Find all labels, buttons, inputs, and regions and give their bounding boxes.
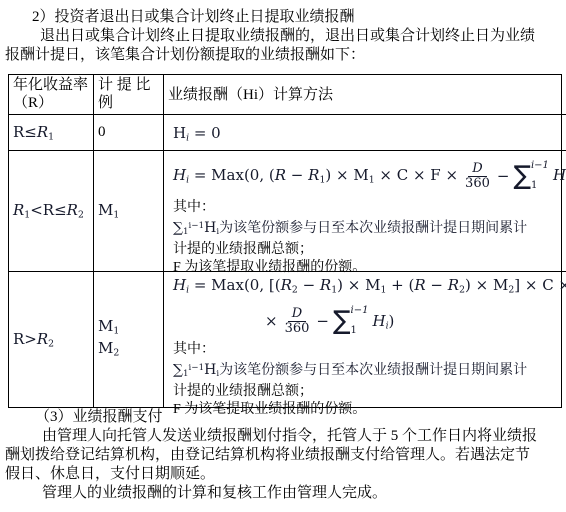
note-label: 其中： — [173, 341, 566, 359]
row1-condition-cell: R≤R1 — [9, 115, 94, 151]
formula-tail: Hi) — [553, 166, 566, 185]
formula-lhs: Hi = Max(0, (R − R1) × M1 × C × F × — [173, 166, 458, 185]
sigma-glyph: ∑ — [513, 163, 531, 189]
row3-condition-cell: R>R2 — [9, 272, 94, 407]
row2-condition-cell: R1<R≤R2 — [9, 151, 94, 272]
formula-line1: Hi = Max(0, [(R2 − R1) × M1 + (R − R2) ×… — [173, 274, 566, 301]
ratio-text: M1 — [98, 201, 159, 220]
performance-fee-table: 年化收益率 （R） 计 提 比 例 业绩报酬（Hi）计算方法 R≤R1 0 Hi… — [8, 74, 562, 408]
fraction-denominator: 360 — [284, 322, 311, 336]
document-page: 2）投资者退出日或集合计划终止日提取业绩报酬 退出日或集合计划终止日提取业绩报酬… — [0, 0, 566, 503]
note-line: 计提的业绩报酬总额； — [173, 241, 566, 259]
fraction-numerator: D — [468, 162, 486, 177]
row1-formula-cell: Hi = 0 — [164, 115, 566, 151]
formula-tail: Hi) — [372, 312, 394, 331]
summation-lower-limit: 1 — [351, 326, 369, 336]
paragraph-line: 酬划拨给登记结算机构，由登记结算机构将业绩报酬支付给管理人。若遇法定节 — [0, 446, 566, 465]
condition-text: R1<R≤R2 — [13, 201, 89, 220]
header-cell-accrual-ratio: 计 提 比 例 — [94, 75, 164, 115]
summation-limits: i−1 1 — [531, 161, 549, 191]
fraction: D 360 — [284, 307, 311, 336]
row2-ratio-cell: M1 — [94, 151, 164, 272]
minus-sign: − — [497, 167, 510, 185]
paragraph-line: 报酬计提日，该笔集合计划份额提取的业绩报酬如下： — [0, 46, 566, 65]
formula-text: Hi = 0 — [173, 124, 566, 143]
row2-formula-cell: Hi = Max(0, (R − R1) × M1 × C × F × D 36… — [164, 151, 566, 272]
minus-sign: − — [316, 312, 329, 330]
formula-display: Hi = Max(0, (R − R1) × M1 × C × F × D 36… — [173, 153, 566, 199]
note-line: ∑1i−1Hi为该笔份额参与日至本次业绩报酬计提日期间累计 — [173, 217, 566, 241]
summation-lower-limit: 1 — [531, 181, 549, 191]
times-sign: × — [265, 312, 278, 330]
paragraph-line: 假日、休息日，支付日期顺延。 — [0, 465, 566, 484]
condition-text: R≤R1 — [13, 123, 89, 142]
ratio-text-m2: M2 — [98, 340, 159, 361]
fraction-numerator: D — [288, 307, 306, 322]
note-line: F 为该笔提取业绩报酬的份额。 — [173, 401, 566, 419]
ratio-text: 0 — [98, 124, 159, 141]
note-label: 其中： — [173, 199, 566, 217]
fraction: D 360 — [464, 162, 491, 191]
row1-ratio-cell: 0 — [94, 115, 164, 151]
header-text: 业绩报酬（Hi）计算方法 — [168, 86, 566, 104]
note-line: ∑1i−1Hi为该笔份额参与日至本次业绩报酬计提日期间累计 — [173, 359, 566, 383]
summation-upper-limit: i−1 — [531, 161, 549, 171]
ratio-text-m1: M1 — [98, 318, 159, 339]
sigma-glyph: ∑ — [333, 308, 351, 334]
header-text: 年化收益率 — [13, 76, 89, 94]
paragraph-line-heading: 2）投资者退出日或集合计划终止日提取业绩报酬 — [0, 8, 566, 27]
header-text: 计 提 比 — [98, 76, 159, 94]
note-line: 计提的业绩报酬总额； — [173, 383, 566, 401]
row3-formula-cell: Hi = Max(0, [(R2 − R1) × M1 + (R − R2) ×… — [164, 272, 566, 407]
header-cell-formula-method: 业绩报酬（Hi）计算方法 — [164, 75, 566, 115]
summation-upper-limit: i−1 — [351, 306, 369, 316]
condition-text: R>R2 — [13, 330, 89, 349]
fraction-denominator: 360 — [464, 177, 491, 191]
row3-ratio-cell: M1 M2 — [94, 272, 164, 407]
paragraph-line: 由管理人向托管人发送业绩报酬划付指令，托管人于 5 个工作日内将业绩报 — [0, 427, 566, 446]
summation-symbol: ∑ i−1 1 — [513, 161, 548, 191]
header-cell-annualized-return: 年化收益率 （R） — [9, 75, 94, 115]
summation-symbol: ∑ i−1 1 — [333, 306, 368, 336]
header-text: 例 — [98, 94, 159, 112]
formula-line2: × D 360 − ∑ i−1 1 Hi) — [265, 301, 566, 341]
summation-limits: i−1 1 — [351, 306, 369, 336]
paragraph-line: 管理人的业绩报酬的计算和复核工作由管理人完成。 — [0, 484, 566, 503]
header-text: （R） — [13, 94, 89, 112]
paragraph-line: 退出日或集合计划终止日提取业绩报酬的，退出日或集合计划终止日为业绩 — [0, 27, 566, 46]
